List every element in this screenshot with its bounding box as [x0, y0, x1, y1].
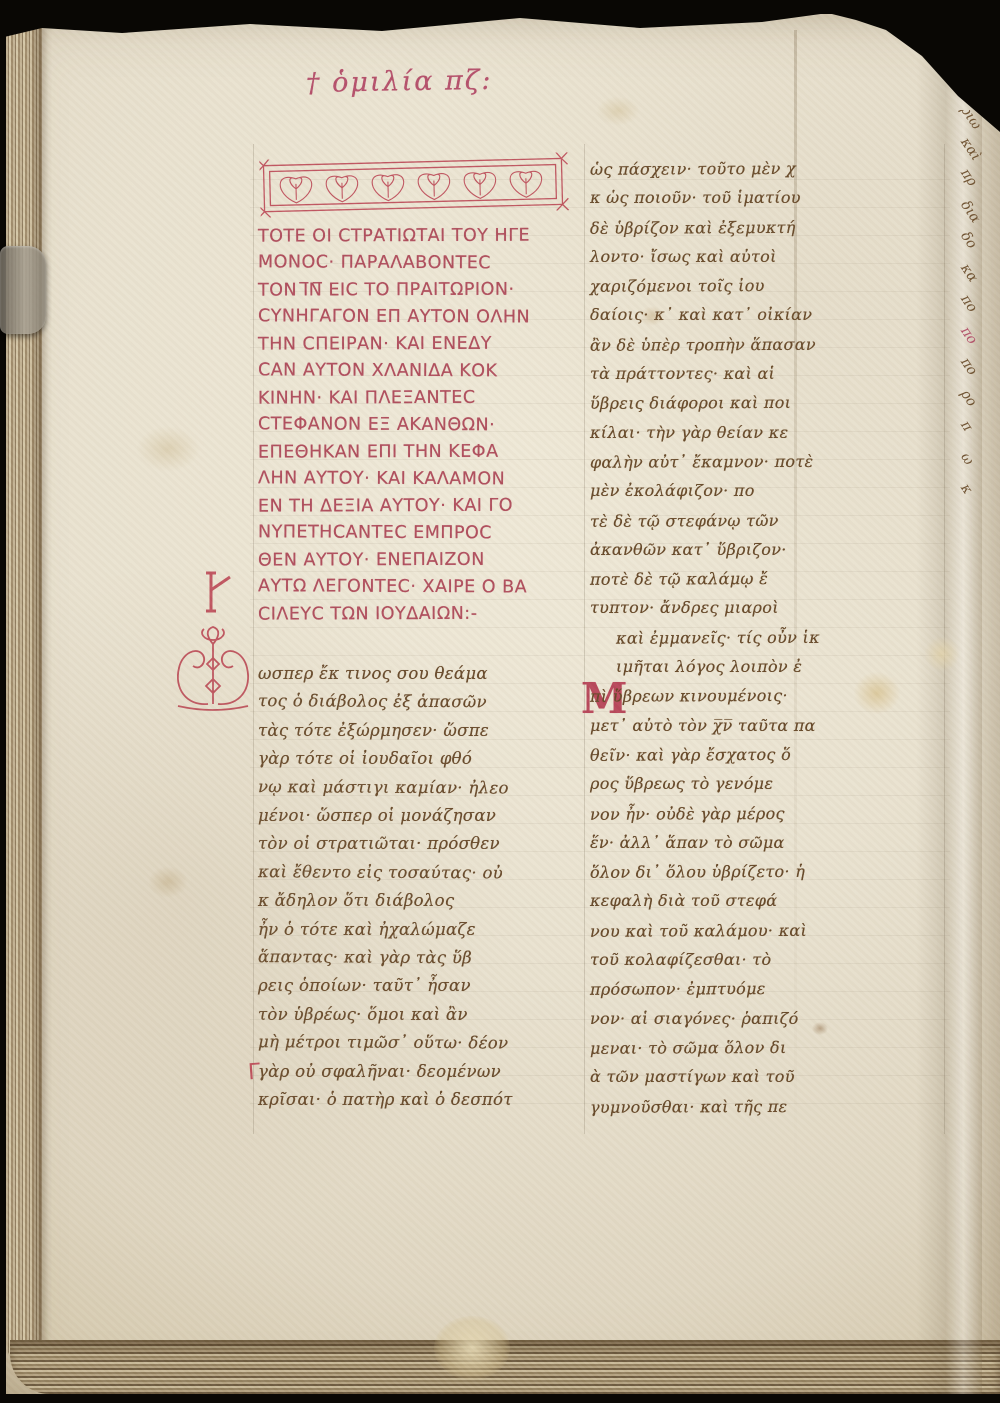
uncial-text-line: CΙΛΕΥC ΤΩΝ ΙΟΥΔΑΙΩΝ:-	[258, 600, 594, 628]
left-column-minuscule: ωσπερ ἔκ τινος σου θεάματος ὁ διάβολος ἐ…	[258, 660, 598, 1115]
minuscule-text-line: μετ᾽ αὐτὸ τὸν χ̅ν̅ ταῦτα πα	[590, 711, 946, 740]
minuscule-text-line: κίλαι· τὴν γὰρ θείαν κε	[590, 418, 946, 447]
minuscule-text-line: κρῖσαι· ὁ πατὴρ καὶ ὁ δεσπότ	[258, 1086, 598, 1114]
minuscule-text-line: τὸν ὑβρέως· ὅμοι καὶ ἂν	[258, 1001, 598, 1029]
manuscript-page: † ὁμιλία πζ: ΤΟΤΕ ΟΙ	[6, 14, 1000, 1394]
minuscule-text-line: ἦν ὁ τότε καὶ ἠχαλώμαζε	[258, 916, 598, 944]
minuscule-text-line: φαλὴν αὐτ᾽ ἔκαμνον· ποτὲ	[590, 446, 946, 477]
minuscule-text-line: δὲ ὑβρίζον καὶ ἐξεμυκτή	[590, 212, 946, 243]
uncial-text-line: ΕΠΕΘΗΚΑΝ ΕΠΙ ΤΗΝ ΚΕΦΑ	[258, 438, 594, 466]
minuscule-text-line: τὰς τότε ἐξώρμησεν· ὥσπε	[258, 717, 598, 745]
minuscule-text-line: λοντο· ἴσως καὶ αὐτοὶ	[590, 242, 946, 271]
minuscule-text-line: ποτὲ δὲ τῷ καλάμῳ ἔ	[590, 563, 946, 594]
minuscule-text-line: πρόσωπον· ἐμπτυόμε	[590, 974, 946, 1005]
right-column-minuscule: ὡς πάσχειν· τοῦτο μὲν χκ ὡς ποιοῦν· τοῦ …	[590, 154, 946, 1121]
uncial-text-line: ΤΟΤΕ ΟΙ CΤΡΑΤΙΩΤΑΙ ΤΟΥ ΗΓΕ	[258, 222, 594, 250]
parchment-stain	[148, 866, 188, 898]
headpiece-ornament	[259, 152, 570, 218]
left-column-uncial: ΤΟΤΕ ΟΙ CΤΡΑΤΙΩΤΑΙ ΤΟΥ ΗΓΕΜΟΝΟC· ΠΑΡΑΛΑΒ…	[258, 223, 594, 628]
minuscule-text-line: ὕβρεις διάφοροι καὶ ποι	[590, 388, 946, 419]
minuscule-text-line: θεῖν· καὶ γὰρ ἔσχατος ὅ	[590, 739, 946, 770]
minuscule-text-line: κ ἄδηλον ὅτι διάβολος	[258, 887, 598, 915]
minuscule-text-line: κ ὡς ποιοῦν· τοῦ ἱματίου	[590, 183, 946, 212]
minuscule-text-line: ἅπαντας· καὶ γὰρ τὰς ὕβ	[258, 943, 598, 973]
parchment-stain	[596, 96, 640, 126]
minuscule-text-line: τὰ πράττοντες· καὶ αἱ	[590, 359, 946, 388]
minuscule-text-line: γυμνοῦσθαι· καὶ τῆς πε	[590, 1091, 946, 1122]
uncial-text-line: ΜΟΝΟC· ΠΑΡΑΛΑΒΟΝΤΕC	[258, 249, 594, 277]
minuscule-text-line: ρεις ὁποίων· ταῦτ᾽ ἦσαν	[258, 972, 598, 1000]
minuscule-text-line: ὅλον δι᾽ ὅλου ὑβρίζετο· ἡ	[590, 856, 946, 887]
minuscule-text-line: νου καὶ τοῦ καλάμου· καὶ	[590, 915, 946, 946]
uncial-text-line: CΥΝΗΓΑΓΟΝ ΕΠ ΑΥΤΟΝ ΟΛΗΝ	[258, 303, 594, 331]
minuscule-text-line: γὰρ τότε οἱ ἰουδαῖοι φθό	[258, 745, 598, 773]
minuscule-text-line: τὲ δὲ τῷ στεφάνῳ τῶν	[590, 505, 946, 536]
page-stack-bottom-edge	[10, 1340, 1000, 1394]
manuscript-photo: † ὁμιλία πζ: ΤΟΤΕ ΟΙ	[0, 0, 1000, 1403]
minuscule-text-line: μὴ μέτροι τιμῶσ᾽ οὕτω· δέον	[258, 1028, 598, 1058]
minuscule-text-line: δαίοις· κ᾽ καὶ κατ᾽ οἰκίαν	[590, 300, 946, 329]
minuscule-text-line: ἂν δὲ ὑπὲρ τροπὴν ἅπασαν	[590, 329, 946, 360]
minuscule-text-line: γὰρ οὐ σφαλῆναι· δεομένων	[258, 1058, 598, 1086]
minuscule-text-line: ὰ τῶν μαστίγων καὶ τοῦ	[590, 1062, 946, 1091]
uncial-text-line: ΚΙΝΗΝ· ΚΑΙ ΠΛΕΞΑΝΤΕC	[258, 384, 594, 412]
uncial-text-line: ΕΝ ΤΗ ΔΕΞΙΑ ΑΥΤΟΥ· ΚΑΙ ΓΟ	[258, 492, 594, 520]
facing-page-fragments: ριωκαὶπρδιαδοκαποποποροπωκ	[956, 110, 1000, 570]
parchment-stain	[136, 426, 200, 472]
minuscule-text-line: νον ἦν· οὐδὲ γὰρ μέρος	[590, 798, 946, 829]
uncial-text-line: ΘΕΝ ΑΥΤΟΥ· ΕΝΕΠΑΙΖΟΝ	[258, 546, 594, 574]
paragraphos-mark	[202, 568, 234, 616]
gamma-initial: Γ	[247, 1060, 261, 1086]
minuscule-text-line: νον· αἱ σιαγόνες· ῥαπιζό	[590, 1004, 946, 1033]
minuscule-text-line: τος ὁ διάβολος ἐξ ἁπασῶν	[258, 688, 598, 718]
minuscule-text-line: τοῦ κολαφίζεσθαι· τὸ	[590, 945, 946, 974]
minuscule-text-line: ἕν· ἀλλ᾽ ἅπαν τὸ σῶμα	[590, 828, 946, 857]
metal-clip	[0, 246, 46, 334]
minuscule-text-line: μεναι· τὸ σῶμα ὅλον δι	[590, 1032, 946, 1063]
minuscule-text-line: καὶ ἔθεντο εἰς τοσαύτας· οὐ	[258, 858, 598, 888]
omega-initial-ornament	[170, 624, 256, 714]
minuscule-text-line: τυπτον· ἄνδρες μιαροὶ	[590, 593, 946, 622]
rubric-title: † ὁμιλία πζ:	[306, 64, 537, 99]
minuscule-text-line: χαριζόμενοι τοῖς ἰου	[590, 270, 946, 301]
minuscule-text-line: μὲν ἐκολάφιζον· πο	[590, 476, 946, 505]
minuscule-text-line: ιμῆται λόγος λοιπὸν ἐ	[590, 652, 946, 681]
uncial-text-line: CΑΝ ΑΥΤΟΝ ΧΛΑΝΙΔΑ ΚΟΚ	[258, 357, 594, 385]
minuscule-text-line: κεφαλὴ διὰ τοῦ στεφά	[590, 886, 946, 915]
minuscule-text-line: ὡς πάσχειν· τοῦτο μὲν χ	[590, 153, 946, 184]
uncial-text-line: CΤΕΦΑΝΟΝ ΕΞ ΑΚΑΝΘΩΝ·	[258, 411, 594, 439]
minuscule-text-line: πὶ ὕβρεων κινουμένοις·	[590, 681, 946, 712]
minuscule-text-line: τὸν οἱ στρατιῶται· πρόσθεν	[258, 830, 598, 858]
minuscule-text-line: μένοι· ὥσπερ οἱ μονάζησαν	[258, 802, 598, 830]
minuscule-text-line: νῳ καὶ μάστιγι καμίαν· ἠλεο	[258, 773, 598, 803]
minuscule-text-line: ωσπερ ἔκ τινος σου θεάμα	[258, 660, 598, 688]
minuscule-text-line: ἀκανθῶν κατ᾽ ὕβριζον·	[590, 535, 946, 564]
minuscule-text-line: ρος ὕβρεως τὸ γενόμε	[590, 769, 946, 798]
page-stack-left-edge	[6, 20, 42, 1368]
uncial-text-line: ΤΟΝ Ι̅Ν̅ ΕΙC ΤΟ ΠΡΑΙΤΩΡΙΟΝ·	[258, 276, 594, 304]
uncial-text-line: ΛΗΝ ΑΥΤΟΥ· ΚΑΙ ΚΑΛΑΜΟΝ	[258, 465, 594, 493]
minuscule-text-line: καὶ ἐμμανεῖς· τίς οὖν ἱκ	[590, 622, 946, 653]
uncial-text-line: ΤΗΝ CΠΕΙΡΑΝ· ΚΑΙ ΕΝΕΔΥ	[258, 330, 594, 358]
uncial-text-line: ΝΥΠΕΤΗCΑΝΤΕC ΕΜΠΡΟC	[258, 519, 594, 547]
uncial-text-line: ΑΥΤΩ ΛΕΓΟΝΤΕC· ΧΑΙΡΕ Ο ΒΑ	[258, 573, 594, 601]
